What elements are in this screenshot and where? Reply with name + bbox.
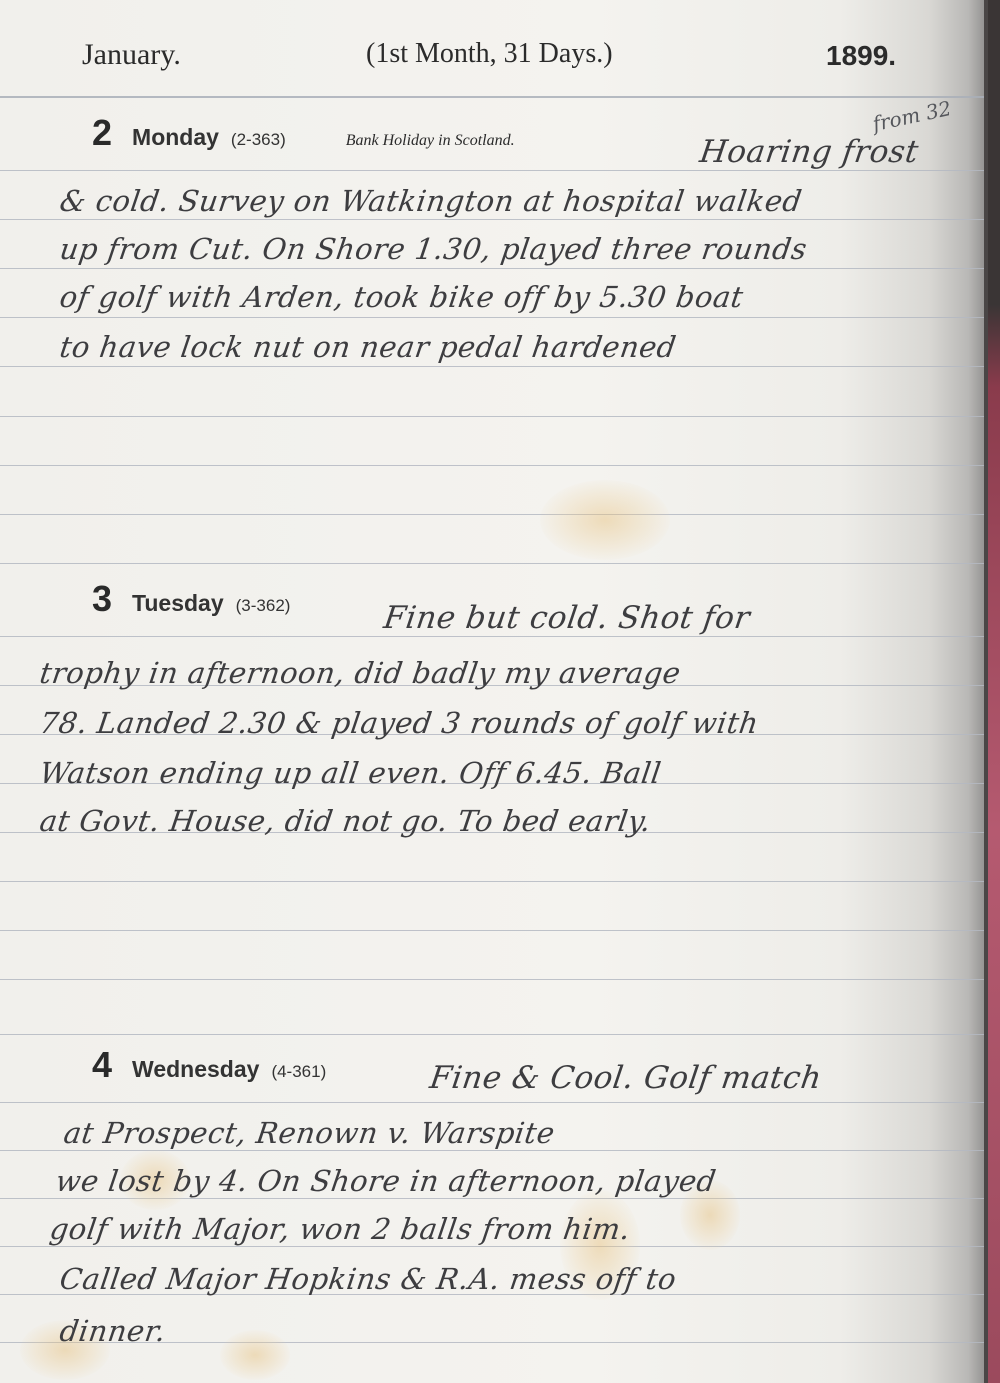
ruled-line: [0, 416, 988, 417]
weekday-label: Monday: [132, 124, 219, 150]
month-info: (1st Month, 31 Days.): [366, 38, 613, 70]
ruled-line: [0, 366, 988, 367]
handwritten-line: 78. Landed 2.30 & played 3 rounds of gol…: [38, 706, 761, 740]
ruled-line: [0, 465, 988, 466]
handwritten-line: Watson ending up all even. Off 6.45. Bal…: [38, 756, 664, 790]
handwritten-line: Hoaring frost: [697, 134, 920, 170]
handwritten-line: Fine but cold. Shot for: [381, 600, 752, 636]
weekday-label: Tuesday: [132, 590, 224, 616]
handwritten-line: golf with Major, won 2 balls from him.: [48, 1212, 633, 1246]
day-count: (3-362): [236, 596, 291, 615]
ruled-line: [0, 317, 988, 318]
handwritten-line: Fine & Cool. Golf match: [427, 1060, 824, 1096]
handwritten-line: up from Cut. On Shore 1.30, played three…: [58, 232, 810, 266]
weekday-label: Wednesday: [132, 1056, 259, 1082]
holiday-note: Bank Holiday in Scotland.: [346, 132, 515, 149]
handwritten-line: dinner.: [58, 1314, 169, 1348]
handwritten-line: to have lock nut on near pedal hardened: [58, 330, 679, 364]
ruled-line: [0, 219, 988, 220]
day-count: (4-361): [271, 1062, 326, 1081]
month-label: January.: [82, 38, 181, 72]
ruled-line: [0, 563, 988, 564]
ruled-line: [0, 636, 988, 637]
day-number: 3: [92, 578, 112, 619]
day-count: (2-363): [231, 130, 286, 149]
ruled-line: [0, 170, 988, 171]
day-header-tuesday: 3 Tuesday (3-362): [92, 578, 290, 620]
handwritten-line: of golf with Arden, took bike off by 5.3…: [58, 280, 746, 314]
book-binding: [988, 0, 1000, 1383]
header-rule: [0, 96, 988, 98]
handwritten-line: trophy in afternoon, did badly my averag…: [38, 656, 683, 690]
ruled-line: [0, 1246, 988, 1247]
day-number: 2: [92, 112, 112, 153]
handwritten-line: Called Major Hopkins & R.A. mess off to: [58, 1262, 679, 1296]
handwritten-line: at Govt. House, did not go. To bed early…: [38, 804, 654, 838]
page-header: January. (1st Month, 31 Days.) 1899.: [0, 30, 988, 80]
handwritten-line: & cold. Survey on Watkington at hospital…: [58, 184, 805, 218]
ruled-line: [0, 881, 988, 882]
year-label: 1899.: [826, 40, 896, 72]
day-header-wednesday: 4 Wednesday (4-361): [92, 1044, 326, 1086]
margin-note: from 32: [870, 96, 953, 136]
ruled-line: [0, 1102, 988, 1103]
ruled-line: [0, 1034, 988, 1035]
paper-stain: [220, 1330, 290, 1380]
ruled-line: [0, 979, 988, 980]
diary-page: January. (1st Month, 31 Days.) 1899. fro…: [0, 0, 988, 1383]
handwritten-line: at Prospect, Renown v. Warspite: [62, 1116, 557, 1150]
ruled-line: [0, 268, 988, 269]
ruled-line: [0, 514, 988, 515]
day-number: 4: [92, 1044, 112, 1085]
paper-stain: [540, 480, 670, 560]
day-header-monday: 2 Monday (2-363) Bank Holiday in Scotlan…: [92, 112, 515, 154]
ruled-line: [0, 930, 988, 931]
handwritten-line: we lost by 4. On Shore in afternoon, pla…: [54, 1164, 719, 1198]
